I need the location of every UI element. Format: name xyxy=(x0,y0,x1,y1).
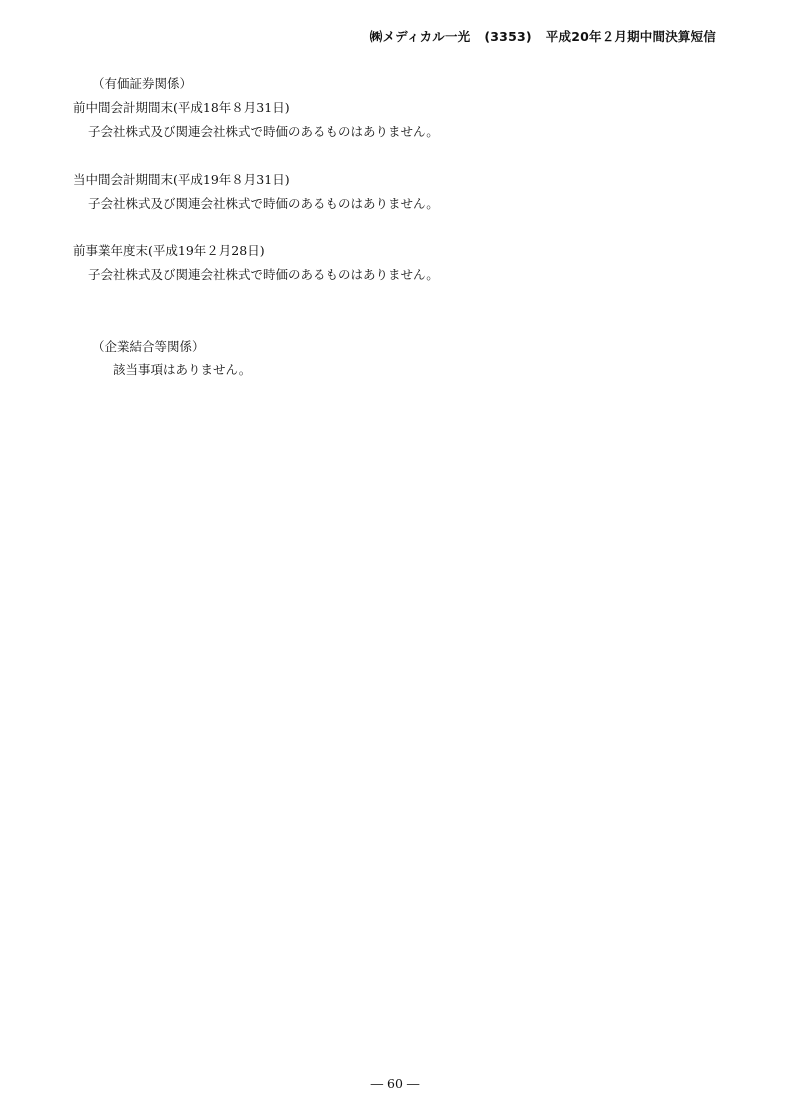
report-title: 平成20年２月期中間決算短信 xyxy=(546,27,716,45)
period-label-prior-year-end: 前事業年度末(平成19年２月28日) xyxy=(73,243,265,259)
business-combination-text: 該当事項はありません。 xyxy=(113,362,251,378)
business-combination-heading: （企業結合等関係） xyxy=(92,339,205,355)
securities-heading: （有価証券関係） xyxy=(92,76,192,92)
page-number: ― 60 ― xyxy=(0,1076,790,1091)
period-text-prior-year-end: 子会社株式及び関連会社株式で時価のあるものはありません。 xyxy=(88,267,439,283)
page-header: ㈱メディカル一光(3353)平成20年２月期中間決算短信 xyxy=(370,27,716,45)
stock-code: (3353) xyxy=(484,29,531,44)
period-label-prior-interim: 前中間会計期間末(平成18年８月31日) xyxy=(73,100,290,116)
period-text-current-interim: 子会社株式及び関連会社株式で時価のあるものはありません。 xyxy=(88,196,439,212)
period-text-prior-interim: 子会社株式及び関連会社株式で時価のあるものはありません。 xyxy=(88,124,439,140)
company-name: ㈱メディカル一光 xyxy=(370,27,471,45)
period-label-current-interim: 当中間会計期間末(平成19年８月31日) xyxy=(73,172,290,188)
